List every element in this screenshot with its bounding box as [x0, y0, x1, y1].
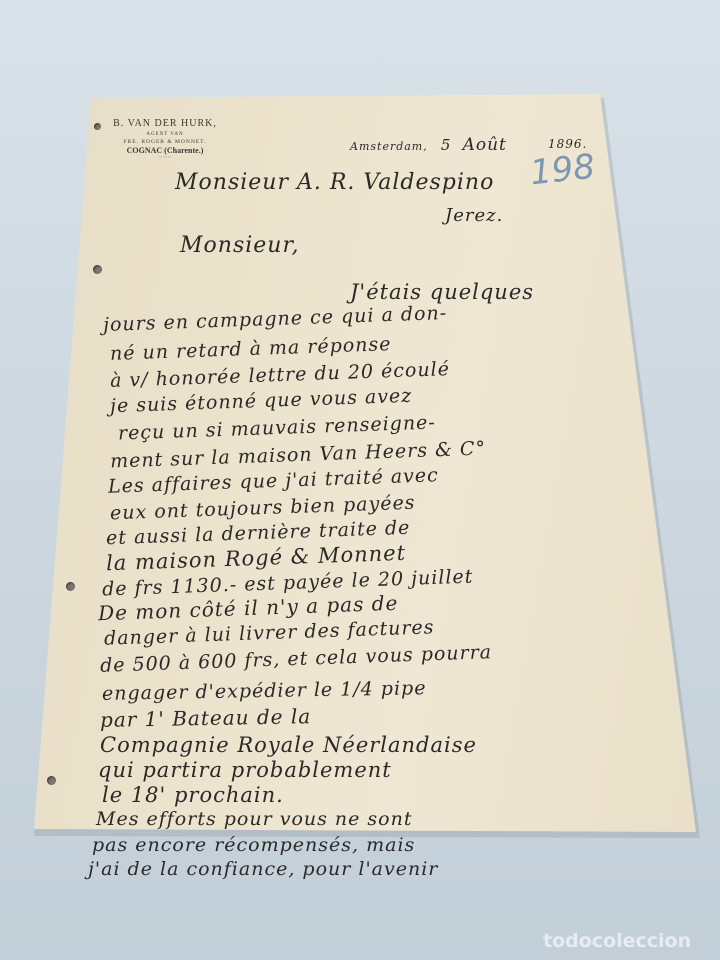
- archive-number: 198: [528, 147, 597, 194]
- body-line: le 18' prochain.: [102, 783, 284, 807]
- watermark: todocoleccion: [543, 930, 691, 952]
- date-month: Août: [463, 135, 507, 155]
- dateline: Amsterdam, 5 Août: [350, 135, 507, 155]
- date-day: 5: [441, 136, 452, 154]
- letterhead-small: ~ ~ ~: [100, 155, 230, 161]
- body-line: j'ai de la confiance, pour l'avenir: [88, 858, 438, 880]
- punch-hole-middle: [66, 582, 75, 591]
- letterhead-firm: FRE. ROGER & MONNET.: [100, 139, 230, 145]
- date-place: Amsterdam,: [350, 140, 428, 153]
- body-line: par 1' Bateau de la: [100, 704, 312, 732]
- addressee-line2: Jerez.: [445, 205, 503, 226]
- salutation: Monsieur,: [180, 233, 300, 258]
- letterhead-name: B. VAN DER HURK,: [100, 118, 230, 129]
- letterhead: B. VAN DER HURK, AGENT VAN FRE. ROGER & …: [100, 118, 230, 161]
- letterhead-city: COGNAC (Charente.): [100, 146, 230, 155]
- body-line: pas encore récompensés, mais: [92, 834, 415, 856]
- body-line: qui partira probablement: [98, 758, 392, 782]
- body-line: Compagnie Royale Néerlandaise: [100, 733, 477, 757]
- body-line: J'étais quelques: [350, 280, 534, 304]
- punch-hole-bottom: [47, 776, 56, 785]
- body-line: Mes efforts pour vous ne sont: [96, 808, 413, 830]
- addressee-line1: Monsieur A. R. Valdespino: [175, 170, 494, 195]
- letterhead-agent: AGENT VAN: [100, 132, 230, 137]
- punch-hole-top: [93, 265, 102, 274]
